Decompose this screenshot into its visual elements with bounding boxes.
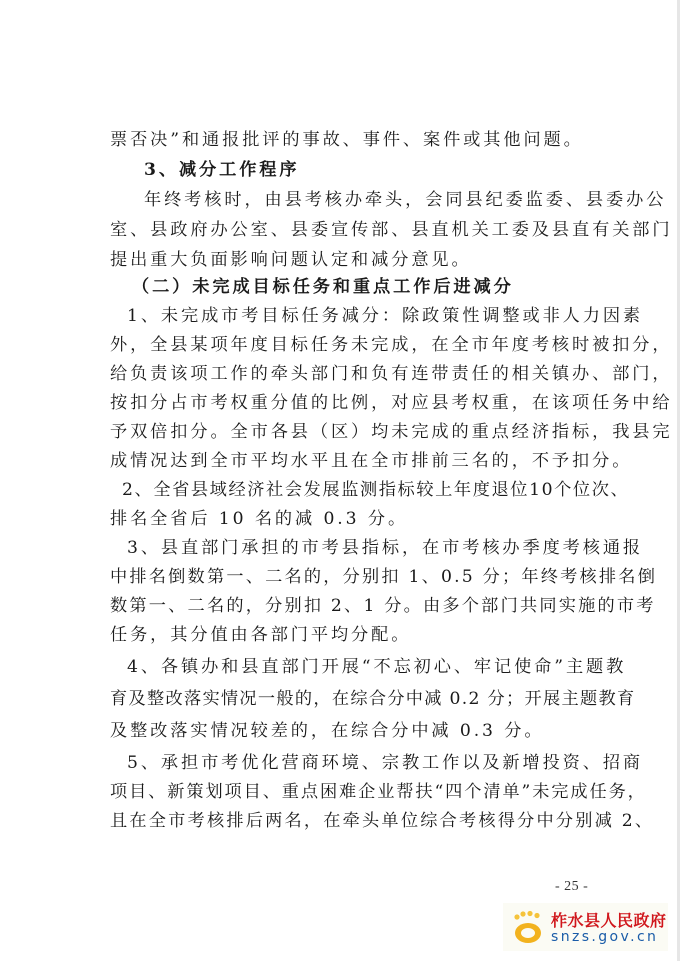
text-line: 外，全县某项年度目标任务未完成，在全市年度考核时被扣分， (110, 334, 610, 356)
text-line: 且在全市考核排后两名，在牵头单位综合考核得分中分别减 2、 (110, 810, 610, 832)
text-line: 票否决”和通报批评的事故、事件、案件或其他问题。 (110, 129, 610, 151)
text-line: 4、各镇办和县直部门开展“不忘初心、牢记使命”主题教 (127, 656, 627, 678)
document-page: 票否决”和通报批评的事故、事件、案件或其他问题。 3、减分工作程序 年终考核时，… (0, 0, 680, 961)
text-line: 年终考核时，由县考核办牵头，会同县纪委监委、县委办公 (144, 189, 644, 211)
text-line: 予双倍扣分。全市各县（区）均未完成的重点经济指标，我县完 (110, 421, 610, 443)
text-line: 5、承担市考优化营商环境、宗教工作以及新增投资、招商 (127, 752, 627, 774)
paw-logo-icon (508, 909, 548, 945)
text-line: 1、未完成市考目标任务减分：除政策性调整或非人力因素 (127, 305, 627, 327)
text-line: 成情况达到全市平均水平且在全市排前三名的，不予扣分。 (110, 450, 610, 472)
text-line: 任务，其分值由各部门平均分配。 (110, 624, 610, 646)
section-heading: 3、减分工作程序 (144, 159, 644, 181)
text-line: 项目、新策划项目、重点困难企业帮扶“四个清单”未完成任务， (110, 781, 610, 803)
text-line: 3、县直部门承担的市考县指标，在市考核办季度考核通报 (127, 537, 627, 559)
page-number: - 25 - (555, 879, 588, 895)
text-line: 排名全省后 10 名的减 0.3 分。 (110, 508, 610, 530)
text-line: 按扣分占市考权重分值的比例，对应县考权重，在该项任务中给 (110, 392, 610, 414)
text-line: 育及整改落实情况一般的，在综合分中减 0.2 分；开展主题教育 (110, 688, 610, 710)
watermark-url: snzs.gov.cn (551, 929, 658, 945)
text-line: 室、县政府办公室、县委宣传部、县直机关工委及县直有关部门 (110, 219, 610, 241)
section-heading: （二）未完成目标任务和重点工作后进减分 (132, 276, 632, 298)
text-line: 2、全省县域经济社会发展监测指标较上年度退位10个位次、 (122, 479, 622, 501)
site-watermark: 柞水县人民政府 snzs.gov.cn (503, 903, 668, 951)
text-line: 给负责该项工作的牵头部门和负有连带责任的相关镇办、部门， (110, 363, 610, 385)
watermark-title: 柞水县人民政府 (551, 908, 667, 931)
text-line: 提出重大负面影响问题认定和减分意见。 (110, 249, 610, 271)
text-line: 中排名倒数第一、二名的，分别扣 1、0.5 分；年终考核排名倒 (110, 566, 610, 588)
text-line: 数第一、二名的，分别扣 2、1 分。由多个部门共同实施的市考 (110, 595, 610, 617)
text-line: 及整改落实情况较差的，在综合分中减 0.3 分。 (110, 720, 610, 742)
